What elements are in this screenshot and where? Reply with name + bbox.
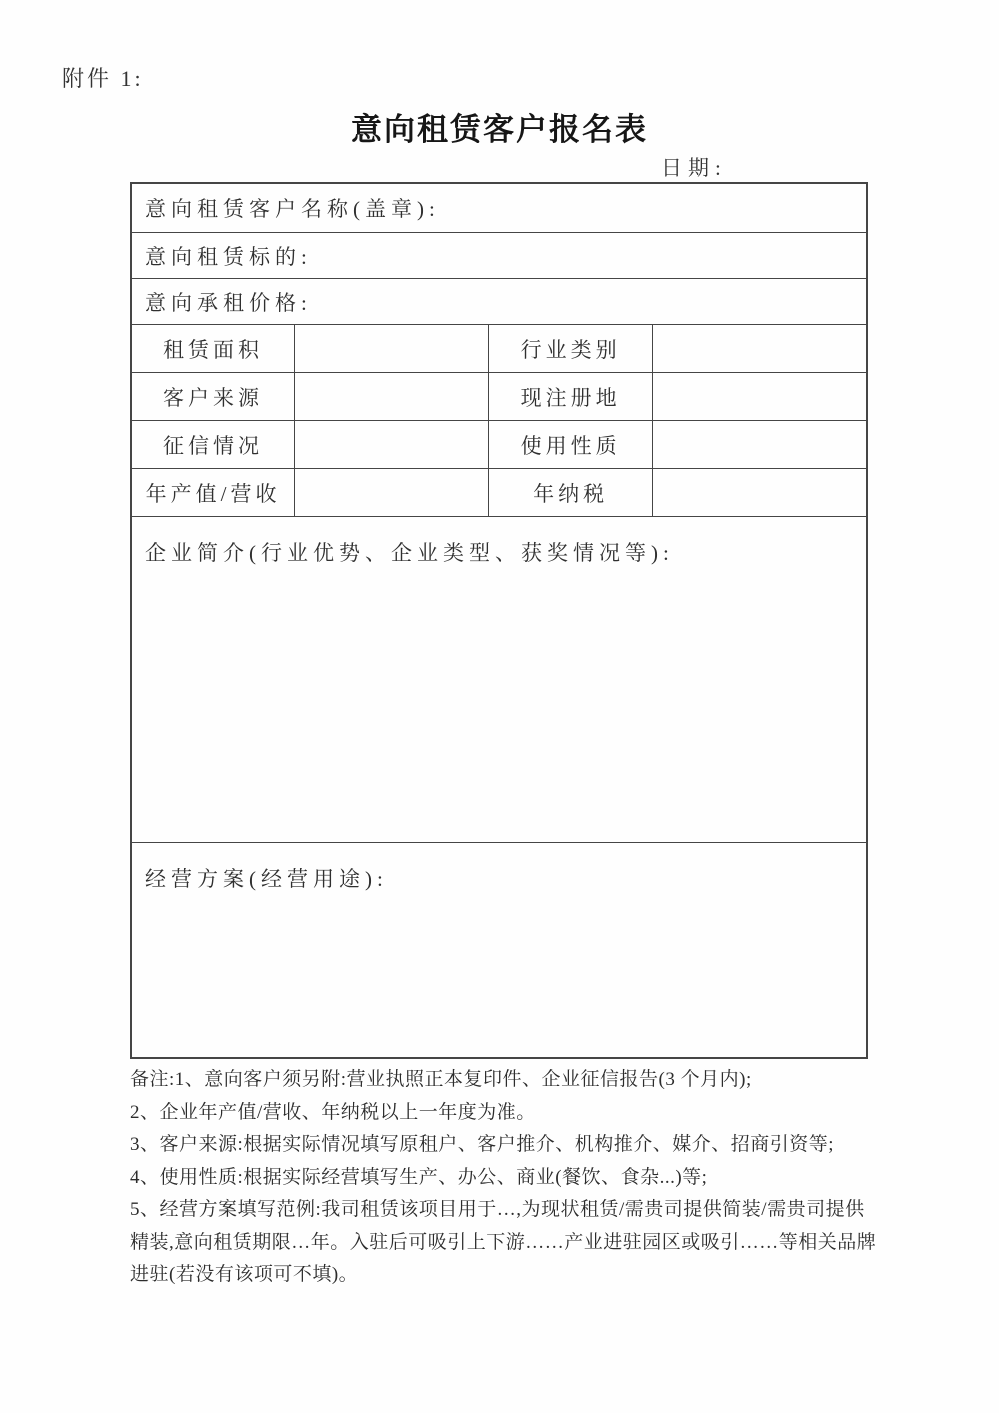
row-lease-target[interactable]: 意向租赁标的: [132, 233, 866, 279]
grid-row-output-tax: 年产值/营收 年纳税 [132, 469, 866, 517]
customer-source-label: 客户来源 [132, 373, 294, 420]
credit-status-value[interactable] [294, 421, 488, 468]
note-item-3: 3、客户来源:根据实际情况填写原租户、客户推介、机构推介、媒介、招商引资等; [130, 1129, 878, 1162]
annual-output-revenue-value[interactable] [294, 469, 488, 516]
row-rent-price[interactable]: 意向承租价格: [132, 279, 866, 325]
grid-row-source-location: 客户来源 现注册地 [132, 373, 866, 421]
annual-tax-value[interactable] [652, 469, 866, 516]
company-profile-label: 企业简介(行业优势、企业类型、获奖情况等): [145, 541, 674, 565]
grid-row-area-industry: 租赁面积 行业类别 [132, 325, 866, 373]
registered-location-label: 现注册地 [488, 373, 652, 420]
industry-category-value[interactable] [652, 325, 866, 372]
row-customer-name[interactable]: 意向租赁客户名称(盖章): [132, 184, 866, 233]
lease-target-label: 意向租赁标的: [145, 241, 312, 271]
note-item-1: 备注:1、意向客户须另附:营业执照正本复印件、企业征信报告(3 个月内); [130, 1064, 878, 1097]
grid-row-credit-usage: 征信情况 使用性质 [132, 421, 866, 469]
business-plan-label: 经营方案(经营用途): [145, 867, 388, 891]
remarks-section: 备注:1、意向客户须另附:营业执照正本复印件、企业征信报告(3 个月内); 2、… [130, 1064, 878, 1292]
section-company-profile[interactable]: 企业简介(行业优势、企业类型、获奖情况等): [132, 517, 866, 843]
attachment-label: 附件 1: [62, 62, 144, 93]
note-item-4: 4、使用性质:根据实际经营填写生产、办公、商业(餐饮、食杂...)等; [130, 1162, 878, 1195]
registered-location-value[interactable] [652, 373, 866, 420]
annual-tax-label: 年纳税 [488, 469, 652, 516]
registration-form-table: 意向租赁客户名称(盖章): 意向租赁标的: 意向承租价格: 租赁面积 行业类别 … [130, 182, 868, 1059]
date-label: 日期: [661, 152, 727, 182]
customer-source-value[interactable] [294, 373, 488, 420]
annual-output-revenue-label: 年产值/营收 [132, 469, 294, 516]
industry-category-label: 行业类别 [488, 325, 652, 372]
credit-status-label: 征信情况 [132, 421, 294, 468]
note-item-2: 2、企业年产值/营收、年纳税以上一年度为准。 [130, 1097, 878, 1130]
usage-nature-label: 使用性质 [488, 421, 652, 468]
rent-price-label: 意向承租价格: [145, 287, 312, 317]
rental-area-value[interactable] [294, 325, 488, 372]
note-item-5: 5、经营方案填写范例:我司租赁该项目用于…,为现状租赁/需贵司提供简装/需贵司提… [130, 1194, 878, 1292]
usage-nature-value[interactable] [652, 421, 866, 468]
rental-area-label: 租赁面积 [132, 325, 294, 372]
form-title: 意向租赁客户报名表 [0, 104, 999, 149]
section-business-plan[interactable]: 经营方案(经营用途): [132, 843, 866, 1057]
document-page: 附件 1: 意向租赁客户报名表 日期: 意向租赁客户名称(盖章): 意向租赁标的… [0, 0, 999, 1413]
customer-name-label: 意向租赁客户名称(盖章): [145, 193, 440, 223]
